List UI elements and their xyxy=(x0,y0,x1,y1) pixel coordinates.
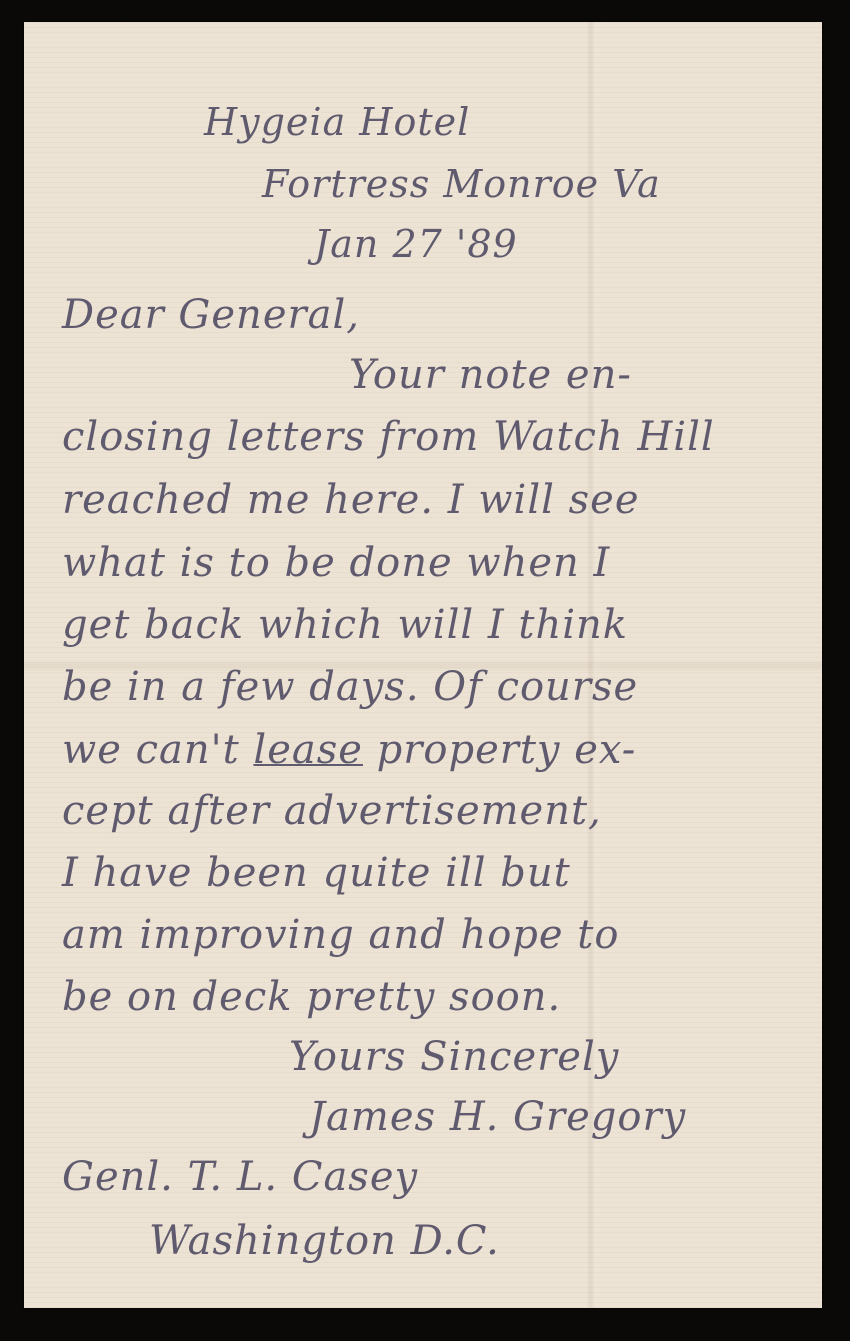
body-line-8: cept after advertisement, xyxy=(62,788,602,834)
closing: Yours Sincerely xyxy=(289,1034,619,1080)
body-line-1: Your note en- xyxy=(349,352,632,398)
body-line-3: reached me here. I will see xyxy=(62,477,640,523)
body-line-4: what is to be done when I xyxy=(62,540,610,586)
addressee-city: Washington D.C. xyxy=(149,1218,500,1264)
underlined-word: lease xyxy=(253,727,363,773)
body-line-7-text: we can't lease property ex- xyxy=(62,727,636,773)
body-line-2: closing letters from Watch Hill xyxy=(62,414,715,460)
heading-date: Jan 27 '89 xyxy=(314,222,518,266)
signature: James H. Gregory xyxy=(309,1094,686,1140)
body-line-6: be in a few days. Of course xyxy=(62,664,638,710)
body-line-7: we can't lease property ex- xyxy=(62,727,636,773)
heading-place: Hygeia Hotel xyxy=(204,100,470,144)
addressee-name: Genl. T. L. Casey xyxy=(62,1154,418,1200)
body-line-9: I have been quite ill but xyxy=(62,850,571,896)
body-line-11: be on deck pretty soon. xyxy=(62,974,561,1020)
heading-location: Fortress Monroe Va xyxy=(262,162,661,206)
body-line-5: get back which will I think xyxy=(62,602,628,648)
salutation: Dear General, xyxy=(62,292,360,338)
letter-paper: Hygeia Hotel Fortress Monroe Va Jan 27 '… xyxy=(24,22,822,1308)
body-line-10: am improving and hope to xyxy=(62,912,619,958)
